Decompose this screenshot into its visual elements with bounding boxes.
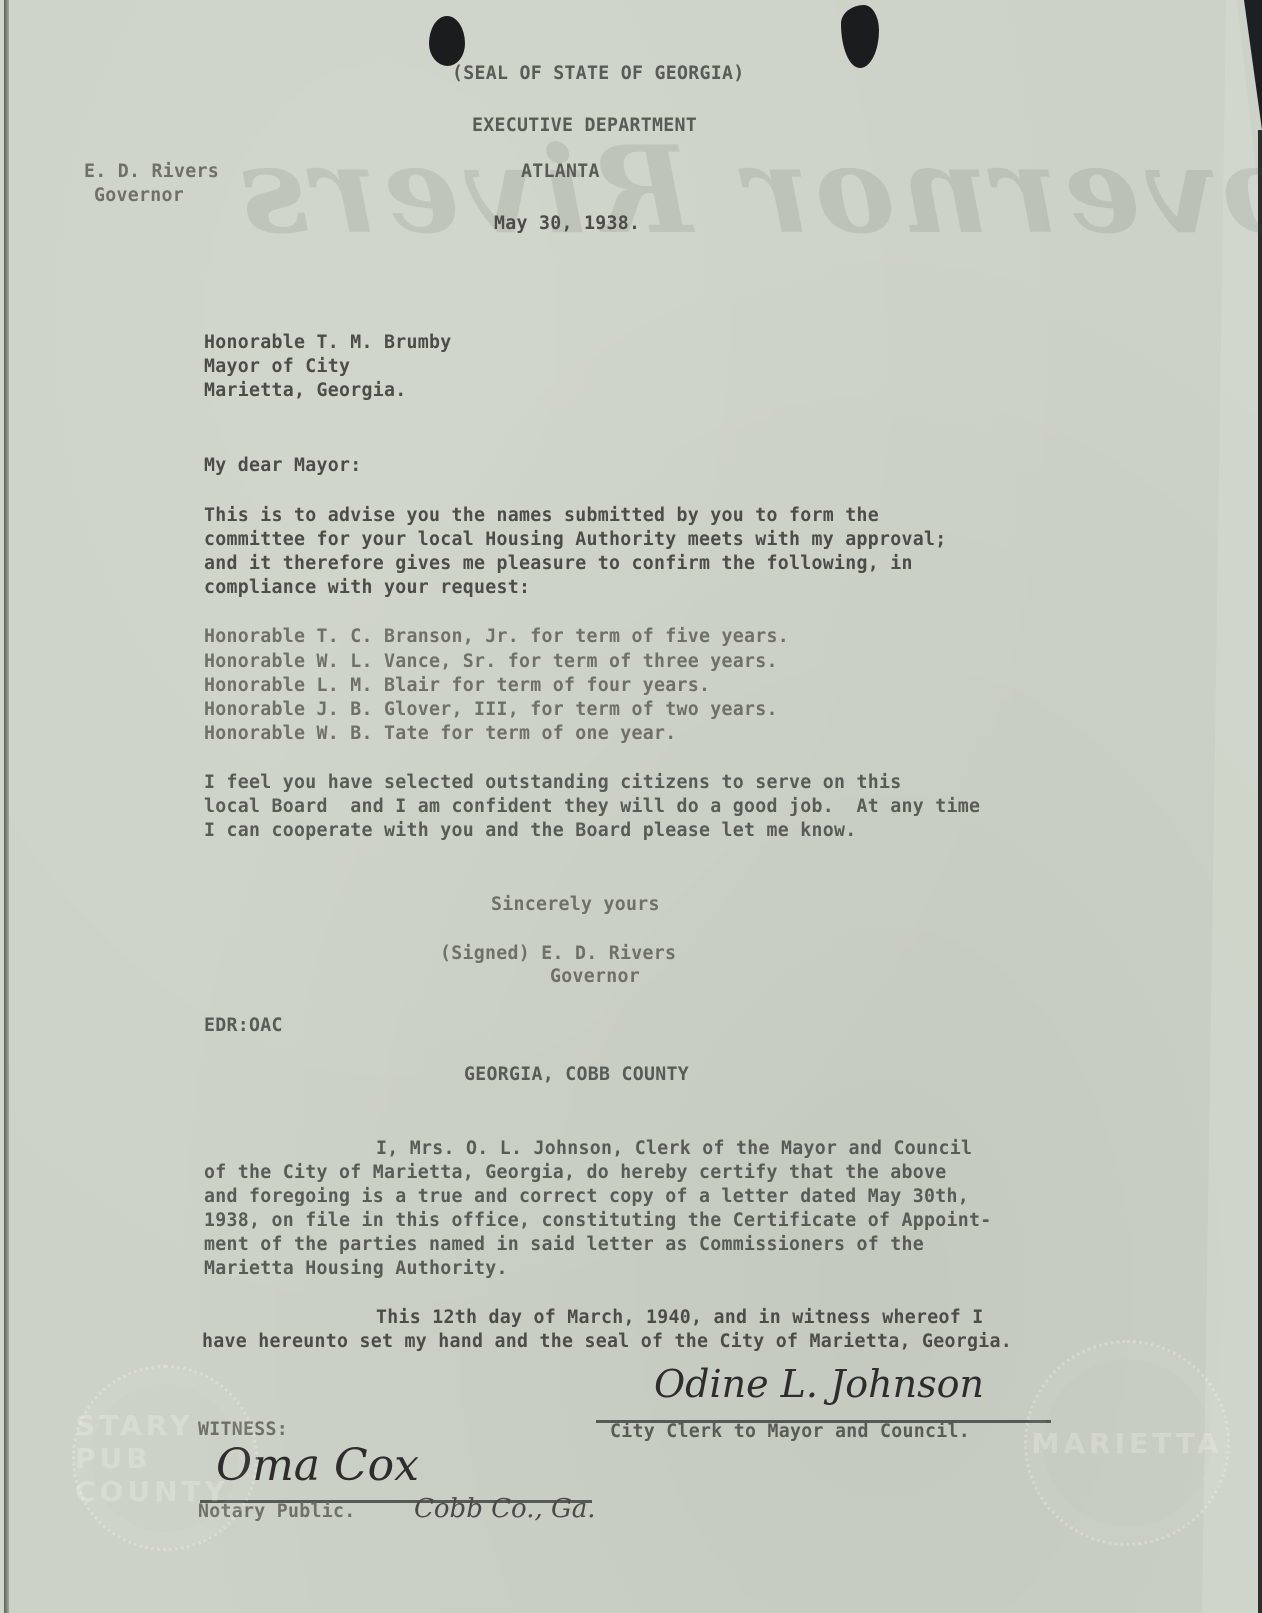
- notary-embossed-seal: STARY PUB COUNTY: [72, 1365, 258, 1551]
- body-p2-line: local Board and I am confident they will…: [204, 795, 980, 819]
- appointment-item: Honorable T. C. Branson, Jr. for term of…: [204, 625, 789, 649]
- certificate-p2-line: have hereunto set my hand and the seal o…: [202, 1330, 1012, 1354]
- appointment-item: Honorable L. M. Blair for term of four y…: [204, 674, 710, 698]
- body-p1-line: compliance with your request:: [204, 576, 530, 600]
- certificate-heading: GEORGIA, COBB COUNTY: [464, 1063, 689, 1087]
- letterhead-city: ATLANTA: [521, 160, 600, 184]
- clerk-title: City Clerk to Mayor and Council.: [610, 1420, 970, 1444]
- signer-title: Governor: [550, 965, 640, 989]
- body-p1-line: committee for your local Housing Authori…: [204, 528, 947, 552]
- letter-date: May 30, 1938.: [494, 212, 640, 236]
- certificate-p1-line: ment of the parties named in said letter…: [204, 1233, 924, 1257]
- body-p1-line: and it therefore gives me pleasure to co…: [204, 552, 913, 576]
- certificate-p1-line: 1938, on file in this office, constituti…: [204, 1209, 992, 1233]
- appointment-item: Honorable J. B. Glover, III, for term of…: [204, 698, 778, 722]
- signed-line: (Signed) E. D. Rivers: [440, 942, 676, 966]
- recipient-title: Mayor of City: [204, 355, 350, 379]
- salutation: My dear Mayor:: [204, 454, 362, 478]
- certificate-p2-line: This 12th day of March, 1940, and in wit…: [376, 1306, 984, 1330]
- document-page: Governor Rivers (SEAL OF STATE OF GEORGI…: [4, 0, 1262, 1613]
- sender-title: Governor: [94, 184, 184, 208]
- page-left-edge: [4, 0, 9, 1613]
- body-p1-line: This is to advise you the names submitte…: [204, 504, 879, 528]
- city-embossed-seal: MARIETTA: [1024, 1340, 1230, 1546]
- body-p2-line: I can cooperate with you and the Board p…: [204, 819, 857, 843]
- binding-hole-left: [429, 16, 465, 66]
- recipient-location: Marietta, Georgia.: [204, 379, 407, 403]
- sender-name: E. D. Rivers: [84, 160, 219, 184]
- appointment-item: Honorable W. B. Tate for term of one yea…: [204, 722, 677, 746]
- binding-hole-right: [841, 5, 879, 68]
- department-name: EXECUTIVE DEPARTMENT: [472, 114, 697, 138]
- reference-initials: EDR:OAC: [204, 1014, 283, 1038]
- certificate-p1-line: and foregoing is a true and correct copy…: [204, 1185, 969, 1209]
- bleed-through-letterhead: Governor Rivers: [234, 120, 1262, 261]
- valediction: Sincerely yours: [491, 893, 660, 917]
- recipient-name: Honorable T. M. Brumby: [204, 331, 452, 355]
- page-right-edge: [1258, 130, 1262, 1613]
- appointment-item: Honorable W. L. Vance, Sr. for term of t…: [204, 650, 778, 674]
- notary-county: Cobb Co., Ga.: [414, 1494, 596, 1524]
- clerk-signature: Odine L. Johnson: [654, 1362, 984, 1406]
- certificate-p1-line: of the City of Marietta, Georgia, do her…: [204, 1161, 947, 1185]
- body-p2-line: I feel you have selected outstanding cit…: [204, 771, 902, 795]
- certificate-p1-line: I, Mrs. O. L. Johnson, Clerk of the Mayo…: [376, 1137, 972, 1161]
- seal-caption: (SEAL OF STATE OF GEORGIA): [452, 62, 745, 86]
- certificate-p1-line: Marietta Housing Authority.: [204, 1257, 508, 1281]
